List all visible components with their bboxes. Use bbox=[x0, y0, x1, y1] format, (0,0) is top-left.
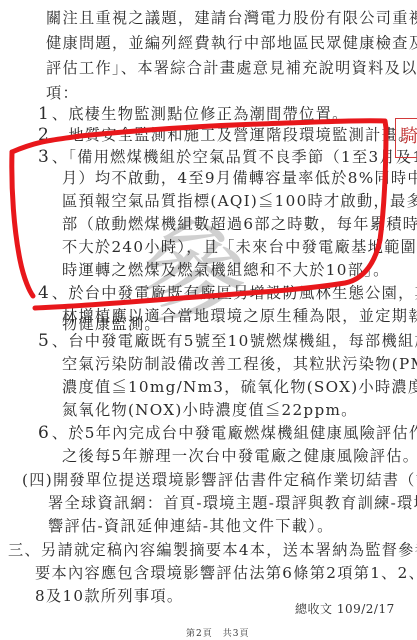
list-item-2: 2、地質安全監測和施工及營運階段環境監測計畫。 bbox=[38, 125, 415, 145]
item-text: 不大於240小時），且「未來台中發電廠基地範圍內同 bbox=[62, 237, 417, 257]
document-page: 參 關注且重視之議題，建請台灣電力股份有限公司重視居民 健康問題，並編列經費執行… bbox=[0, 0, 417, 640]
section-three-line: 8及10款所列事項。 bbox=[35, 586, 183, 606]
item-text: 濃度值≦10mg/Nm3，硫氧化物(SOX)小時濃度值≦12ppm， bbox=[62, 377, 417, 397]
intro-line: 項： bbox=[46, 83, 79, 103]
item-number: 4 bbox=[38, 283, 49, 303]
item-number: 5 bbox=[38, 331, 49, 351]
item-text: 月）均不啟動，4至9月備轉容量率低於8%同時中部空品 bbox=[62, 168, 417, 188]
item-number: 1 bbox=[38, 104, 49, 124]
section-three-line: 要本內容應包含環境影響評估法第6條第2項第1、2、4、5、 bbox=[35, 563, 417, 583]
item-text: 部（啟動燃煤機組數超過6部之時數，每年累積時數應 bbox=[62, 214, 417, 234]
section-four-line: 署全球資訊網：首頁-環境主題-環評與教育訓練-環境影 bbox=[48, 493, 417, 513]
item-text: 、地質安全監測和施工及營運階段環境監測計畫。 bbox=[52, 126, 415, 144]
list-item-6: 6、於5年內完成台中發電廠燃煤機組健康風險評估作業， bbox=[38, 423, 417, 443]
item-number: 2 bbox=[38, 125, 49, 145]
receipt-stamp: 總收文 109/2/17 bbox=[295, 599, 395, 619]
list-item-3: 3、「備用燃煤機組於空氣品質不良季節（1至3月及10至12 bbox=[38, 147, 417, 167]
item-text: 、「備用燃煤機組於空氣品質不良季節（1至3月及10至12 bbox=[52, 148, 417, 166]
item-text: 、台中發電廠既有5號至10號燃煤機組，每部機組於完成 bbox=[52, 332, 417, 350]
item-text: 、底棲生物監測點位修正為潮間帶位置。 bbox=[52, 105, 349, 123]
item-text: 、於5年內完成台中發電廠燃煤機組健康風險評估作業， bbox=[52, 424, 417, 442]
item-text: 區預報空氣品質指標(AQI)≦100時才啟動，最多啟動2 bbox=[62, 191, 417, 211]
seal-stamp: 騎 bbox=[395, 118, 417, 158]
item-number: 3 bbox=[38, 147, 49, 167]
intro-line: 關注且重視之議題，建請台灣電力股份有限公司重視居民 bbox=[46, 8, 417, 28]
list-item-1: 1、底棲生物監測點位修正為潮間帶位置。 bbox=[38, 104, 349, 124]
intro-line: 健康問題，並編列經費執行中部地區民眾健康檢查及風險 bbox=[46, 33, 417, 53]
section-three-line: 三、另請就定稿內容編製摘要本4本，送本署納為監督參考，摘 bbox=[8, 540, 417, 560]
list-item-4: 4、於台中發電廠既有廠區另增設防風林生態公園，其防風 bbox=[38, 283, 417, 303]
item-text: 之後每5年辦理一次台中發電廠之健康風險評估。 bbox=[62, 446, 417, 466]
section-four-line: (四)開發單位提送環境影響評估書件定稿作業切結書（請至本 bbox=[22, 470, 417, 490]
item-text: 氮氧化物(NOX)小時濃度值≦22ppm。 bbox=[62, 400, 358, 420]
section-four-line: 響評估-資訊延伸連結-其他文件下載）。 bbox=[48, 516, 334, 536]
item-text: 空氣污染防制設備改善工程後，其粒狀污染物(PM)小時 bbox=[62, 354, 417, 374]
page-footer: 第2頁 共3頁 bbox=[186, 624, 249, 640]
item-text: 時運轉之燃煤及燃氣機組總和不大於10部」。 bbox=[62, 260, 390, 280]
list-item-5: 5、台中發電廠既有5號至10號燃煤機組，每部機組於完成 bbox=[38, 331, 417, 351]
intro-line: 評估工作」、本署綜合計畫處意見補充說明資料及以下事 bbox=[46, 58, 417, 78]
item-number: 6 bbox=[38, 423, 49, 443]
item-text: 、於台中發電廠既有廠區另增設防風林生態公園，其防風 bbox=[52, 284, 417, 302]
